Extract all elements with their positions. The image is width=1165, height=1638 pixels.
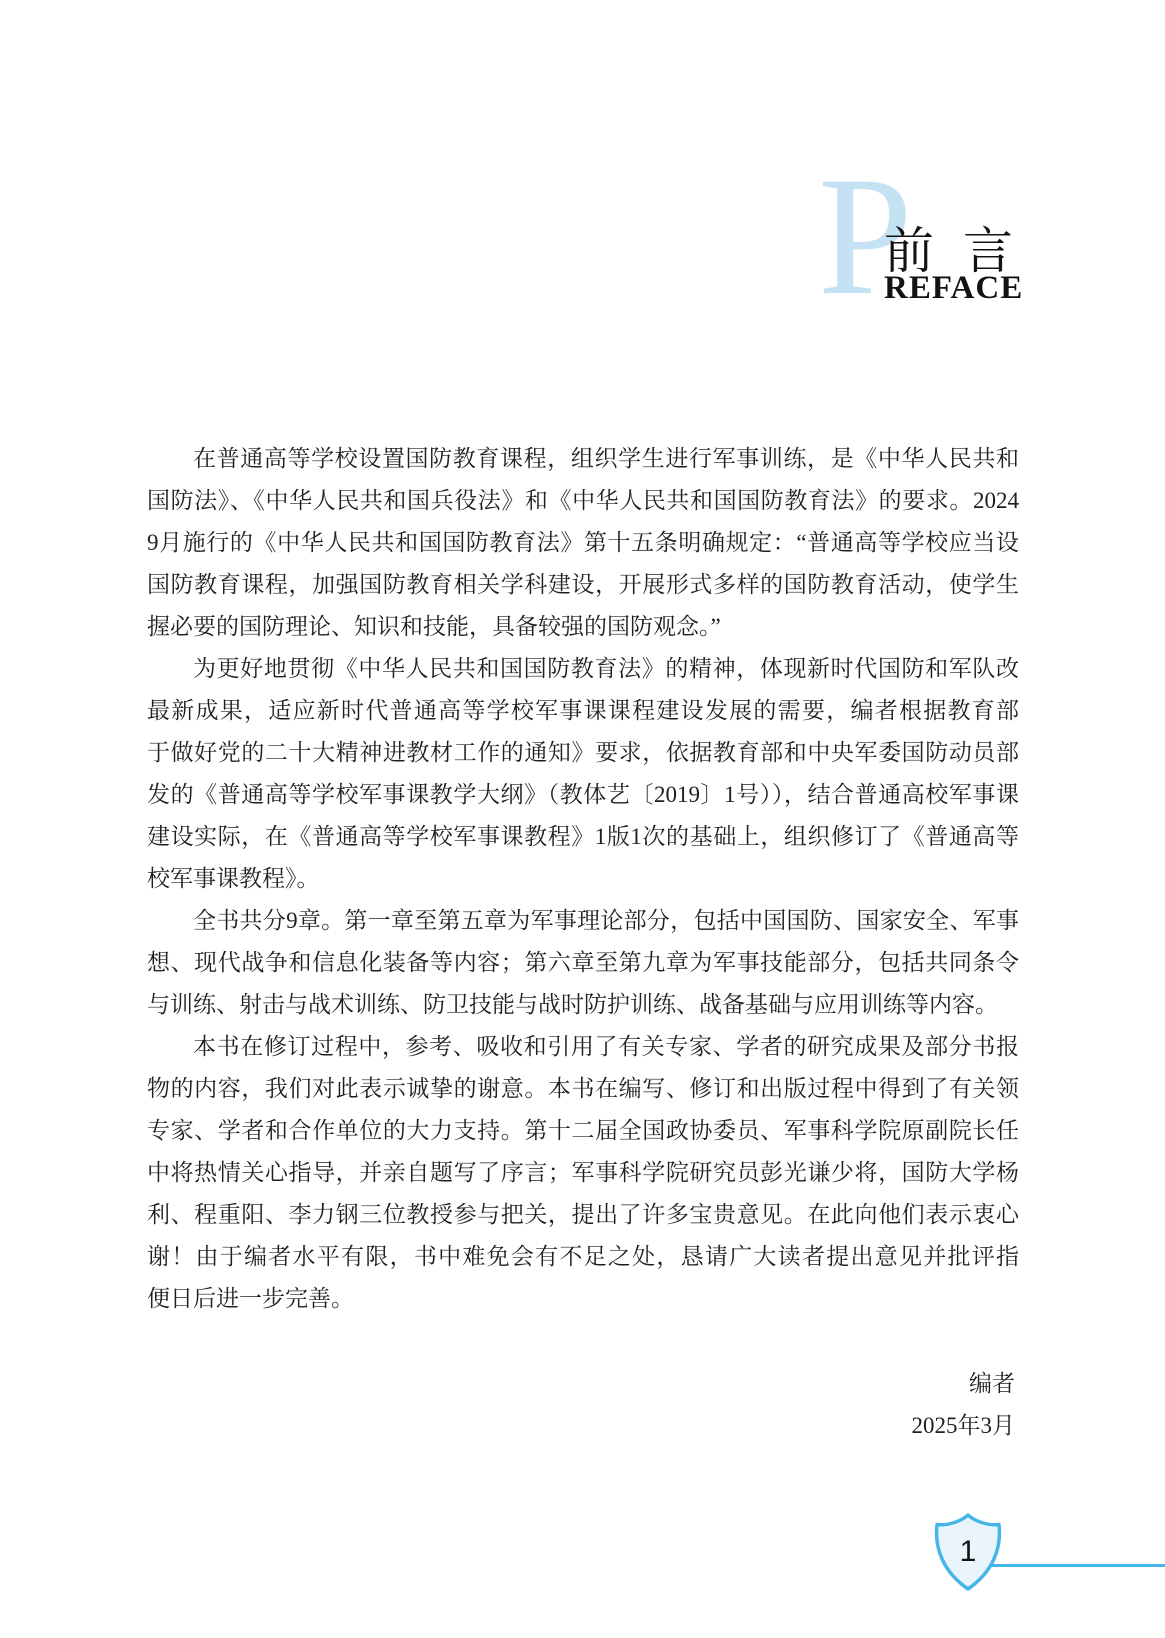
text-line: 想、现代战争和信息化装备等内容；第六章至第九章为军事技能部分，包括共同条令教育 bbox=[147, 942, 1019, 984]
preface-header: P 前言 REFACE bbox=[0, 0, 1165, 340]
text-line: 在普通高等学校设置国防教育课程，组织学生进行军事训练，是《中华人民共和国 bbox=[147, 438, 1019, 480]
text-line: 发的《普通高等学校军事课教学大纲》（教体艺〔2019〕1号）），结合普通高校军事… bbox=[147, 774, 1019, 816]
text-line: 9月施行的《中华人民共和国国防教育法》第十五条明确规定：“普通高等学校应当设置 bbox=[147, 522, 1019, 564]
text-line: 建设实际，在《普通高等学校军事课教程》1版1次的基础上，组织修订了《普通高等学 bbox=[147, 816, 1019, 858]
signoff-date: 2025年3月 bbox=[147, 1405, 1019, 1447]
text-line: 国防教育课程，加强国防教育相关学科建设，开展形式多样的国防教育活动，使学生掌 bbox=[147, 564, 1019, 606]
text-line: 国防法》、《中华人民共和国兵役法》和《中华人民共和国国防教育法》的要求。2024… bbox=[147, 480, 1019, 522]
page-title-chinese: 前言 bbox=[884, 226, 1042, 276]
text-line: 与训练、射击与战术训练、防卫技能与战时防护训练、战备基础与应用训练等内容。 bbox=[147, 984, 1019, 1026]
text-line: 本书在修订过程中，参考、吸收和引用了有关专家、学者的研究成果及部分书报刊 bbox=[147, 1026, 1019, 1068]
text-line: 于做好党的二十大精神进教材工作的通知》要求，依据教育部和中央军委国防动员部印 bbox=[147, 732, 1019, 774]
text-line: 为更好地贯彻《中华人民共和国国防教育法》的精神，体现新时代国防和军队改革 bbox=[147, 648, 1019, 690]
text-line: 校军事课教程》。 bbox=[147, 858, 1019, 900]
page-number: 1 bbox=[960, 1535, 977, 1568]
shield-icon: 1 bbox=[931, 1512, 1005, 1592]
text-line: 谢！由于编者水平有限，书中难免会有不足之处，恳请广大读者提出意见并批评指正，以 bbox=[147, 1236, 1019, 1278]
text-line: 最新成果，适应新时代普通高等学校军事课课程建设发展的需要，编者根据教育部《关 bbox=[147, 690, 1019, 732]
text-line: 全书共分9章。第一章至第五章为军事理论部分，包括中国国防、国家安全、军事思 bbox=[147, 900, 1019, 942]
preface-body: 在普通高等学校设置国防教育课程，组织学生进行军事训练，是《中华人民共和国 国防法… bbox=[147, 438, 1019, 1320]
page-title-english: REFACE bbox=[884, 272, 1023, 305]
signoff-block: 编者 2025年3月 bbox=[147, 1363, 1019, 1447]
text-line: 中将热情关心指导，并亲自题写了序言；军事科学院研究员彭光谦少将，国防大学杨胜 bbox=[147, 1152, 1019, 1194]
text-line: 握必要的国防理论、知识和技能，具备较强的国防观念。” bbox=[147, 606, 1019, 648]
text-line: 利、程重阳、李力钢三位教授参与把关，提出了许多宝贵意见。在此向他们表示衷心的感 bbox=[147, 1194, 1019, 1236]
signoff-author: 编者 bbox=[147, 1363, 1019, 1405]
text-line: 便日后进一步完善。 bbox=[147, 1278, 1019, 1320]
text-line: 专家、学者和合作单位的大力支持。第十二届全国政协委员、军事科学院原副院长任海泉 bbox=[147, 1110, 1019, 1152]
text-line: 物的内容，我们对此表示诚挚的谢意。本书在编写、修订和出版过程中得到了有关领导、 bbox=[147, 1068, 1019, 1110]
